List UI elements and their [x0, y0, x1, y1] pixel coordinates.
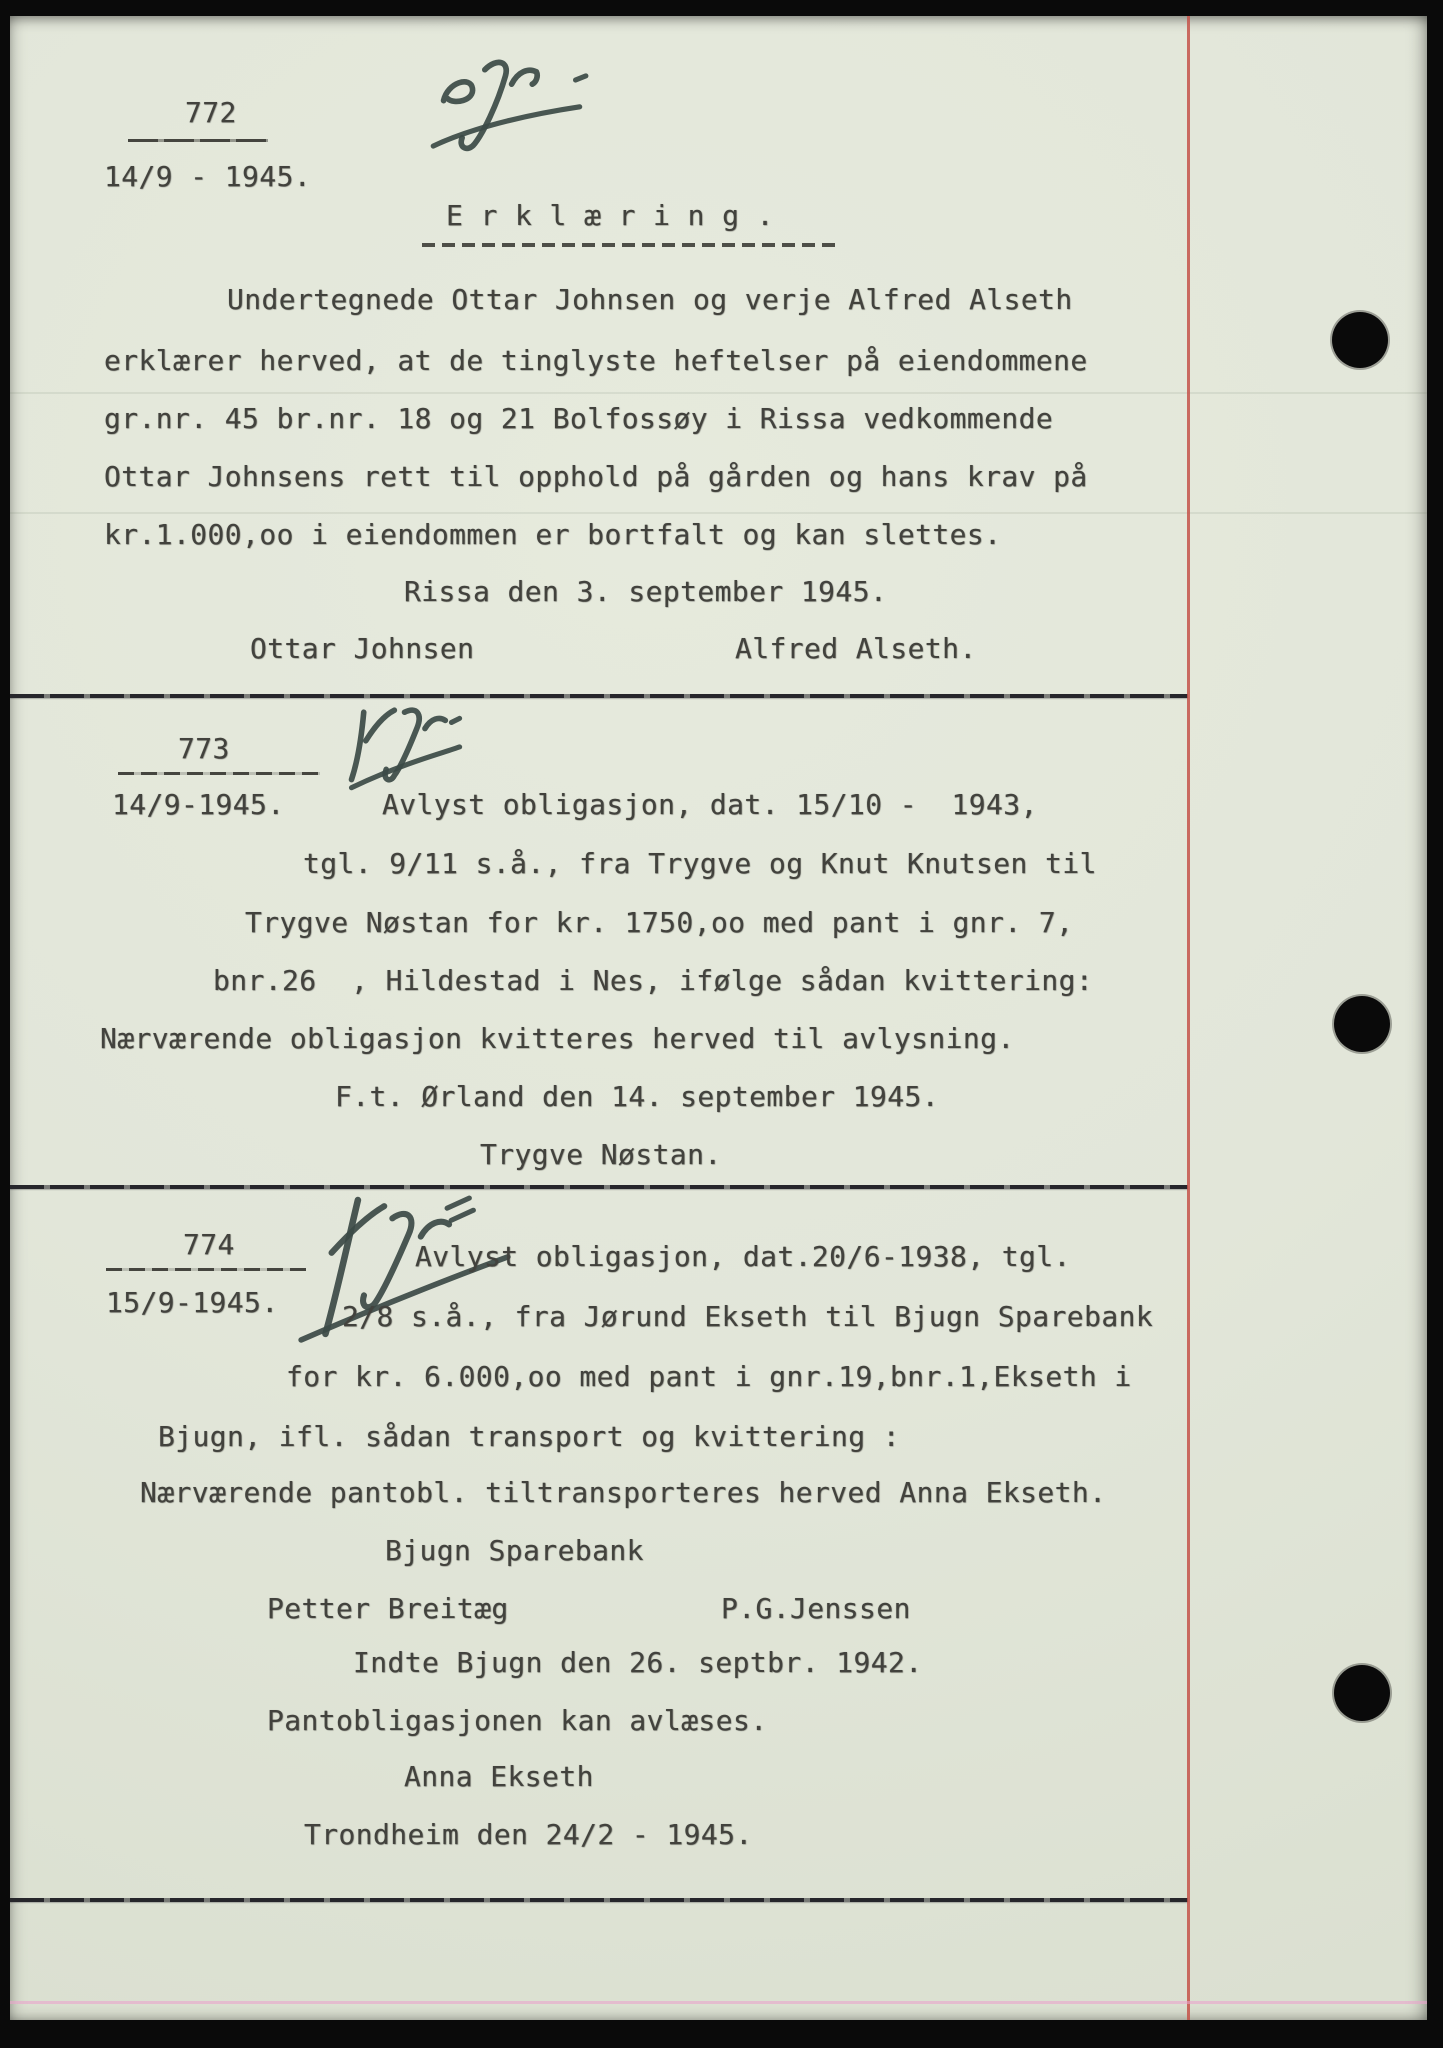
entry-773-line: bnr.26 , Hildestad i Nes, ifølge sådan k… [213, 964, 1093, 998]
entry-772-body-line: erklærer herved, at de tinglyste heftels… [104, 344, 1088, 378]
entry-774-number-underline [106, 1268, 306, 1271]
entry-772-body-line: Ottar Johnsens rett til opphold på gårde… [104, 460, 1088, 494]
entry-772-body-line: Undertegnede Ottar Johnsen og verje Alfr… [227, 283, 1073, 317]
scanner-edge-bottom [0, 2020, 1443, 2048]
scanner-edge-top [0, 0, 1443, 16]
entry-773-line: tgl. 9/11 s.å., fra Trygve og Knut Knuts… [303, 847, 1097, 881]
entry-773-date: 14/9-1945. [112, 788, 285, 822]
entry-774-signature-right: P.G.Jenssen [721, 1592, 911, 1626]
entry-773-line: Avlyst obligasjon, dat. 15/10 - 1943, [382, 788, 1038, 822]
entry-774-signature-left: Petter Breitæg [267, 1592, 509, 1626]
scan-streak [10, 512, 1427, 514]
entry-773-signature: Trygve Nøstan. [480, 1138, 722, 1172]
entry-separator-line-1 [10, 694, 1188, 698]
entry-separator-line-3 [10, 1898, 1188, 1902]
red-margin-line [1187, 16, 1190, 2020]
entry-774-date: 15/9-1945. [106, 1286, 279, 1320]
handwritten-kfr-mark [425, 38, 590, 153]
entry-772-title-underline [422, 243, 836, 247]
entry-772-number: 772 [185, 96, 237, 130]
entry-774-line: Indte Bjugn den 26. septbr. 1942. [353, 1646, 923, 1680]
scanner-edge-right [1427, 0, 1443, 2048]
scanner-edge-left [0, 0, 10, 2048]
entry-772-signature-right: Alfred Alseth. [735, 632, 977, 666]
entry-773-line: Nærværende obligasjon kvitteres herved t… [100, 1022, 1015, 1056]
entry-772-body-line: kr.1.000,oo i eiendommen er bortfalt og … [104, 518, 1001, 552]
entry-774-dateline: Trondheim den 24/2 - 1945. [304, 1818, 753, 1852]
entry-774-line: for kr. 6.000,oo med pant i gnr.19,bnr.1… [286, 1360, 1132, 1394]
entry-773-line: Trygve Nøstan for kr. 1750,oo med pant i… [245, 906, 1073, 940]
entry-774-line: 2/8 s.å., fra Jørund Ekseth til Bjugn Sp… [342, 1300, 1153, 1334]
entry-772-body-line: gr.nr. 45 br.nr. 18 og 21 Bolfossøy i Ri… [104, 402, 1053, 436]
entry-separator-line-2 [10, 1185, 1188, 1189]
entry-774-number: 774 [183, 1228, 235, 1262]
scan-streak [10, 392, 1427, 394]
entry-774-line: Bjugn, ifl. sådan transport og kvitterin… [158, 1420, 900, 1454]
entry-772-number-underline [128, 139, 268, 142]
entry-772-date: 14/9 - 1945. [104, 160, 311, 194]
entry-774-line: Pantobligasjonen kan avlæses. [267, 1704, 767, 1738]
scanned-document-page: 772 14/9 - 1945. E r k l æ r i n g . Und… [0, 0, 1443, 2048]
entry-774-line: Avlyst obligasjon, dat.20/6-1938, tgl. [415, 1240, 1071, 1274]
punch-hole-3 [1334, 1665, 1390, 1721]
handwritten-kfr-mark [340, 700, 465, 802]
entry-774-signature: Anna Ekseth [404, 1760, 594, 1794]
punch-hole-1 [1332, 312, 1388, 368]
entry-774-line: Nærværende pantobl. tiltransporteres her… [140, 1476, 1106, 1510]
entry-773-line: F.t. Ørland den 14. september 1945. [335, 1080, 939, 1114]
entry-772-signature-left: Ottar Johnsen [250, 632, 474, 666]
entry-772-title: E r k l æ r i n g . [446, 199, 774, 233]
entry-774-line: Bjugn Sparebank [385, 1534, 644, 1568]
scanner-pink-line [10, 2001, 1427, 2004]
entry-772-dateline: Rissa den 3. september 1945. [404, 575, 887, 609]
punch-hole-2 [1334, 996, 1390, 1052]
entry-773-number-underline [118, 772, 320, 775]
entry-773-number: 773 [178, 732, 230, 766]
